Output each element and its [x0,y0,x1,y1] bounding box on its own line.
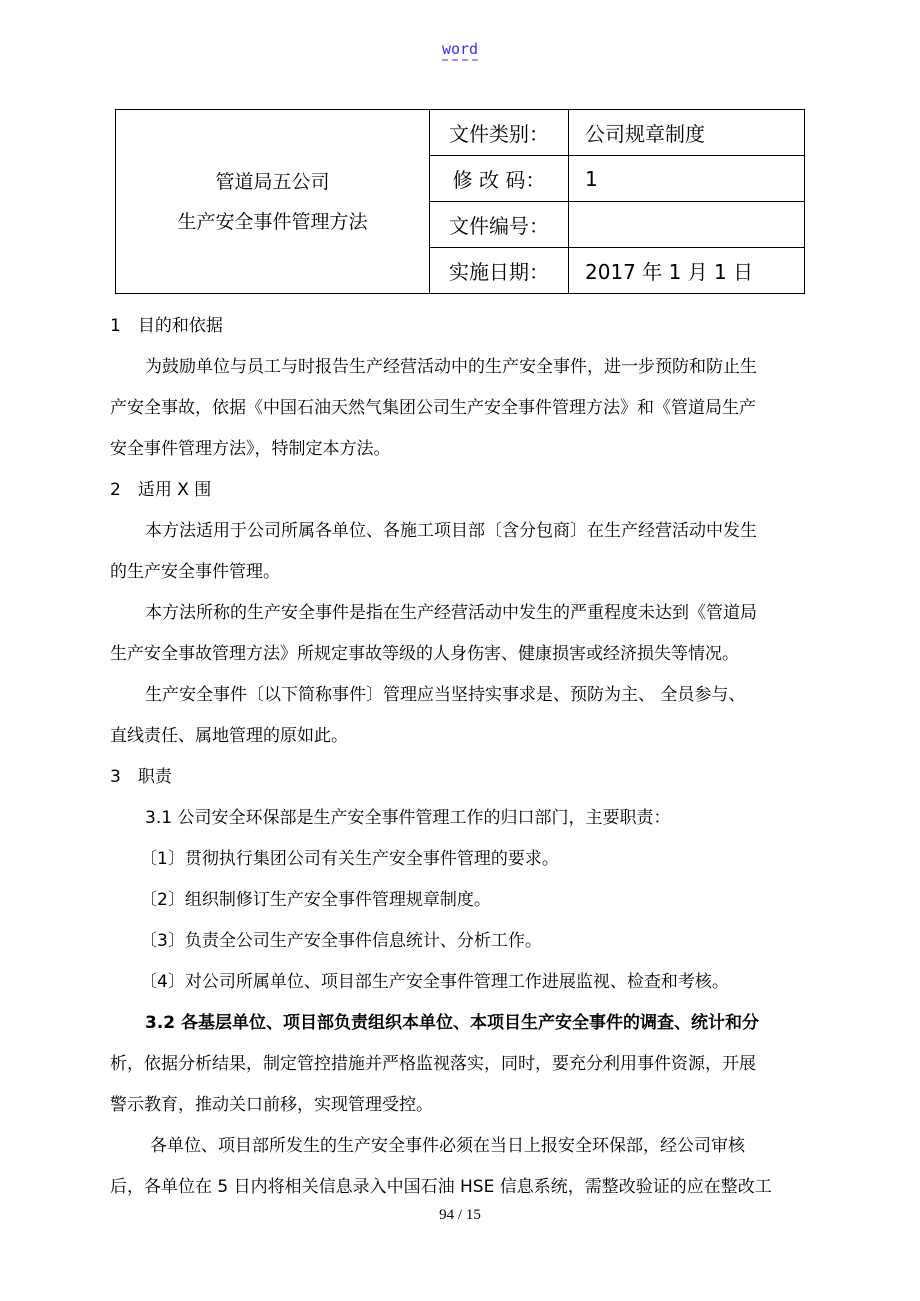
paragraph-line: 析，依据分析结果，制定管控措施并严格监视落实，同时，要充分利用事件资源，开展 [110,1049,756,1074]
paragraph-line: 警示教育，推动关口前移，实现管理受控。 [110,1090,433,1115]
label-file-number: 文件编号： [430,202,569,248]
paragraph-line: 后，各单位在 5 日内将相关信息录入中国石油 HSE 信息系统，需整改验证的应在… [110,1172,772,1197]
value-effective-date: 2017 年 1 月 1 日 [569,248,805,294]
paragraph-line: 本方法适用于公司所属各单位、各施工项目部〔含分包商〕在生产经营活动中发生 [110,516,757,541]
paragraph-line: 各单位、项目部所发生的生产安全事件必须在当日上报安全环保部，经公司审核 [110,1131,745,1156]
paragraph-line: 的生产安全事件管理。 [110,557,280,582]
value-revision-code: 1 [569,156,805,202]
list-item: 〔4〕对公司所属单位、项目部生产安全事件管理工作进展监视、检查和考核。 [110,967,729,992]
value-file-number [569,202,805,248]
paragraph-line: 为鼓励单位与员工与时报告生产经营活动中的生产安全事件，进一步预防和防止生 [110,352,757,377]
label-file-category: 文件类别： [430,110,569,156]
value-file-category: 公司规章制度 [569,110,805,156]
company-name: 管道局五公司 [116,162,429,202]
section-heading-1: 1 目的和依据 [110,311,223,336]
document-title: 生产安全事件管理方法 [116,202,429,242]
section-heading-2: 2 适用 X 围 [110,475,211,500]
label-effective-date: 实施日期： [430,248,569,294]
paragraph-line: 本方法所称的生产安全事件是指在生产经营活动中发生的严重程度未达到《管道局 [110,598,757,623]
document-title-cell: 管道局五公司 生产安全事件管理方法 [116,110,430,294]
list-item: 〔2〕组织制修订生产安全事件管理规章制度。 [110,885,491,910]
paragraph-line: 生产安全事故管理方法》所规定事故等级的人身伤害、健康损害或经济损失等情况。 [110,639,739,664]
page-number: 94 / 15 [0,1207,920,1224]
paragraph-line: 生产安全事件〔以下简称事件〕管理应当坚持实事求是、预防为主、 全员参与、 [110,680,745,705]
list-item: 〔3〕负责全公司生产安全事件信息统计、分析工作。 [110,926,542,951]
paragraph-line: 产安全事故，依据《中国石油天然气集团公司生产安全事件管理方法》和《管道局生产 [110,393,756,418]
subsection-3-2: 3.2 各基层单位、项目部负责组织本单位、本项目生产安全事件的调查、统计和分 [110,1008,759,1033]
document-meta-table: 管道局五公司 生产安全事件管理方法 文件类别： 公司规章制度 修 改 码： 1 … [115,109,805,294]
word-link-text[interactable]: word [442,40,478,61]
subsection-3-1: 3.1 公司安全环保部是生产安全事件管理工作的归口部门，主要职责： [110,803,670,828]
list-item: 〔1〕贯彻执行集团公司有关生产安全事件管理的要求。 [110,844,559,869]
paragraph-line: 安全事件管理方法》，特制定本方法。 [110,434,391,459]
section-heading-3: 3 职责 [110,762,172,787]
paragraph-line: 直线责任、属地管理的原如此。 [110,721,348,746]
label-revision-code: 修 改 码： [430,156,569,202]
word-link[interactable]: word [0,40,920,58]
